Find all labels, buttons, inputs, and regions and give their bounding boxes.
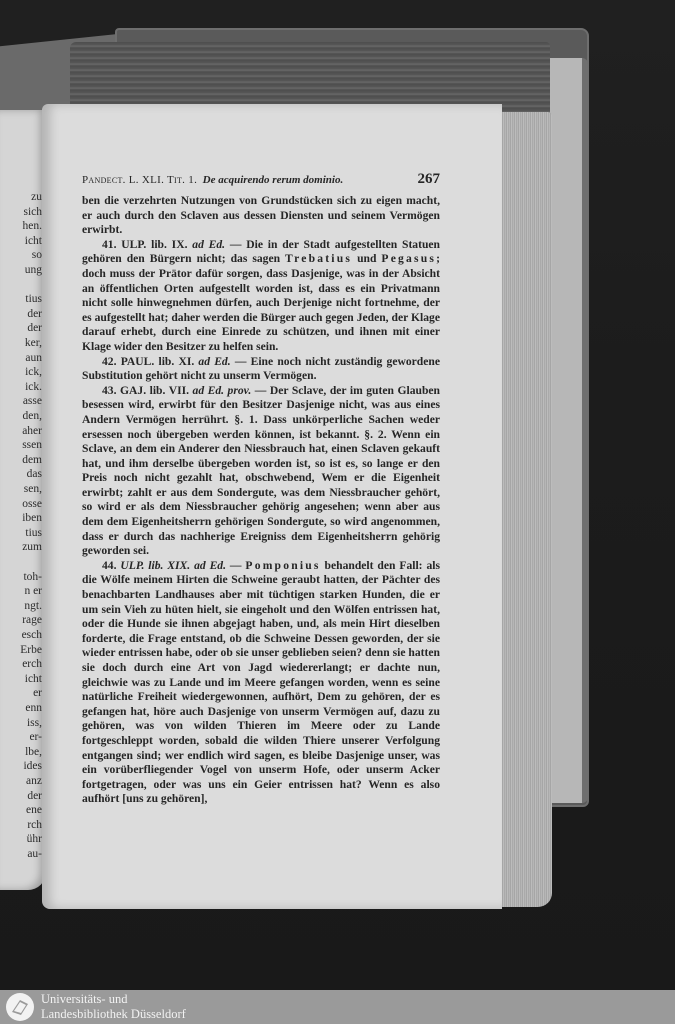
- left-page-fragment: enn: [25, 701, 42, 716]
- paragraph-44: 44. ULP. lib. XIX. ad Ed. — Pomponius be…: [82, 559, 440, 807]
- left-page-fragment: ene: [26, 803, 42, 818]
- running-title: De acquirendo rerum dominio.: [203, 174, 344, 186]
- library-name-line2: Landesbibliothek Düsseldorf: [41, 1007, 186, 1022]
- left-page-fragment: ssen: [22, 438, 42, 453]
- left-page-fragment: icht: [25, 234, 42, 249]
- paragraph-43: 43. GAJ. lib. VII. ad Ed. prov. — Der Sc…: [82, 384, 440, 559]
- left-page-fragment: so: [32, 248, 42, 263]
- left-page-fragment: tius: [25, 526, 42, 541]
- paragraph-continuation: ben die verzehrten Nutzungen von Grundst…: [82, 194, 440, 238]
- left-page-fragment: icht: [25, 672, 42, 687]
- left-page-fragment: den,: [23, 409, 42, 424]
- paragraph-41: 41. ULP. lib. IX. ad Ed. — Die in der St…: [82, 238, 440, 355]
- left-page-fragment: Erbe: [20, 643, 42, 658]
- paragraph-42: 42. PAUL. lib. XI. ad Ed. — Eine noch ni…: [82, 355, 440, 384]
- left-page-fragment: er-: [29, 730, 42, 745]
- left-page: zusichhen.ichtsoungtiusderderker,aunick,…: [0, 110, 46, 890]
- right-page: Pandect. L. XLI. Tit. 1. De acquirendo r…: [42, 104, 502, 909]
- left-page-fragment: zum: [22, 540, 42, 555]
- page-number: 267: [418, 171, 441, 188]
- left-page-fragment: osse: [22, 497, 42, 512]
- left-page-fragment: der: [27, 321, 42, 336]
- left-page-fragment: iben: [22, 511, 42, 526]
- left-page-fragment: dem: [22, 453, 42, 468]
- left-page-fragment: ick,: [25, 365, 42, 380]
- left-page-fragment: asse: [23, 394, 42, 409]
- left-page-fragment: rch: [27, 818, 42, 833]
- left-page-fragment: das: [27, 467, 42, 482]
- left-page-fragment: hen.: [23, 219, 42, 234]
- book-scan: zusichhen.ichtsoungtiusderderker,aunick,…: [0, 0, 675, 990]
- page-block-fore-edge: [497, 112, 552, 907]
- left-page-fragment: ngt.: [24, 599, 42, 614]
- left-page-fragment: ung: [25, 263, 42, 278]
- left-page-fragment: aher: [22, 424, 42, 439]
- library-footer: Universitäts- und Landesbibliothek Düsse…: [0, 990, 675, 1024]
- left-page-fragment: n er: [24, 584, 42, 599]
- left-page-fragment: erch: [22, 657, 42, 672]
- left-page-fragment: esch: [22, 628, 42, 643]
- body-text: ben die verzehrten Nutzungen von Grundst…: [82, 194, 440, 807]
- left-page-fragment: zu: [31, 190, 42, 205]
- left-page-fragment: lbe,: [25, 745, 42, 760]
- left-page-fragment: der: [27, 789, 42, 804]
- left-page-fragment: ides: [23, 759, 42, 774]
- library-logo-icon: [5, 992, 35, 1022]
- left-page-fragment: sich: [23, 205, 42, 220]
- left-page-fragment: anz: [26, 774, 42, 789]
- left-page-fragment: ker,: [25, 336, 42, 351]
- page-block-top-edge: [70, 42, 550, 112]
- left-page-fragment: der: [27, 307, 42, 322]
- left-page-fragment: aun: [25, 351, 42, 366]
- left-page-fragment: rage: [22, 613, 42, 628]
- left-page-fragment: iss,: [27, 716, 42, 731]
- running-head: Pandect. L. XLI. Tit. 1.: [82, 174, 197, 186]
- library-name-line1: Universitäts- und: [41, 992, 186, 1007]
- left-page-fragment: sen,: [24, 482, 42, 497]
- running-head-left: Pandect. L. XLI. Tit. 1. De acquirendo r…: [82, 174, 343, 186]
- left-page-fragment: toh-: [23, 570, 42, 585]
- left-page-fragment: er: [33, 686, 42, 701]
- page-content: Pandect. L. XLI. Tit. 1. De acquirendo r…: [82, 171, 440, 807]
- left-page-fragment: ühr: [27, 832, 42, 847]
- left-page-fragment: ick.: [25, 380, 42, 395]
- book-board-right: [550, 58, 588, 803]
- running-header: Pandect. L. XLI. Tit. 1. De acquirendo r…: [82, 171, 440, 188]
- library-name: Universitäts- und Landesbibliothek Düsse…: [41, 992, 186, 1022]
- left-page-fragment: au-: [27, 847, 42, 862]
- left-page-fragment: tius: [25, 292, 42, 307]
